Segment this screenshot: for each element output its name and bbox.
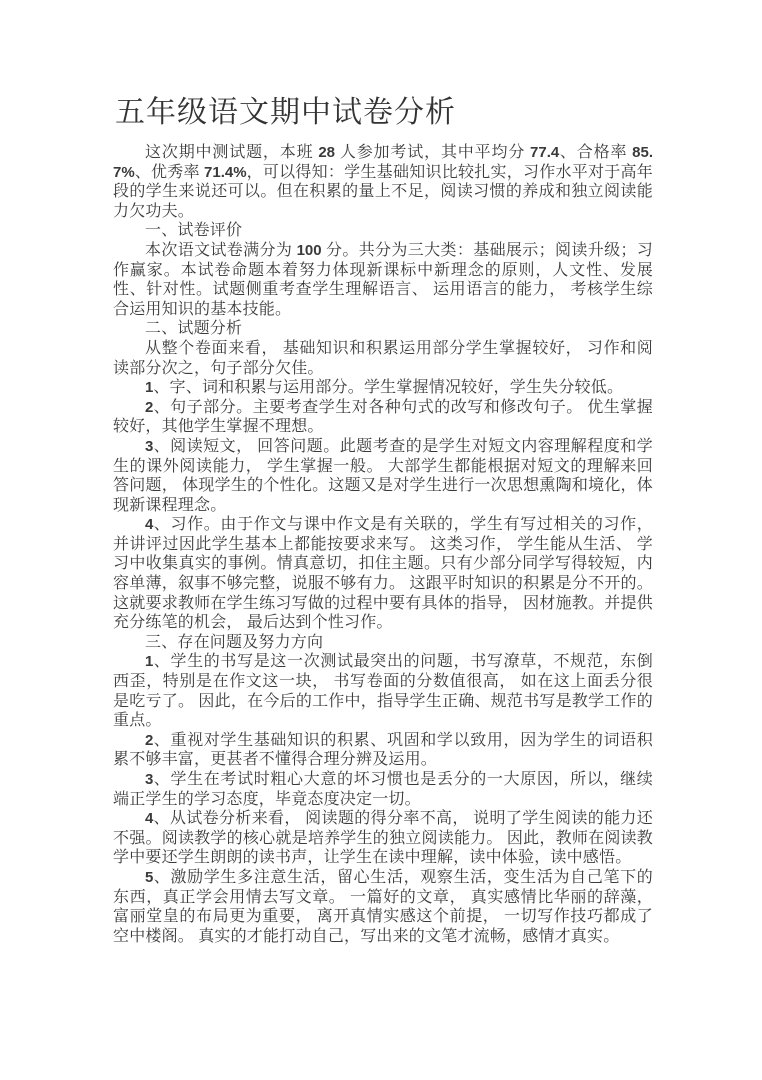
text-run: 本次语文试卷满分为	[145, 242, 297, 259]
paragraph: 一、试卷评价	[113, 221, 653, 241]
paragraph: 这次期中测试题，本班 28 人参加考试，其中平均分 77.4、合格率 85.7%…	[113, 143, 653, 221]
text-run: 、从试卷分析来看， 阅读题的得分率不高， 说明了学生阅读的能力还不强。阅读教学的…	[113, 810, 653, 866]
paragraph: 本次语文试卷满分为 100 分。共分为三大类：基础展示；阅读升级；习作赢家。本试…	[113, 241, 653, 319]
paragraph: 3、学生在考试时粗心大意的坏习惯也是丢分的一大原因，所以，继续端正学生的学习态度…	[113, 770, 653, 809]
paragraph: 1、学生的书写是这一次测试最突出的问题，书写潦草，不规范，东倒西歪，特别是在作文…	[113, 652, 653, 730]
numeric-run: 28	[318, 144, 335, 161]
text-run: 、句子部分。主要考查学生对各种句式的改写和修改句子。 优生掌握较好，其他学生掌握…	[113, 399, 653, 436]
text-run: 、重视对学生基础知识的积累、巩固和学以致用，因为学生的词语积累不够丰富，更甚者不…	[113, 732, 653, 769]
paragraph: 1、字、词和积累与运用部分。学生掌握情况较好，学生失分较低。	[113, 378, 653, 398]
text-run: 、学生在考试时粗心大意的坏习惯也是丢分的一大原因，所以，继续端正学生的学习态度，…	[113, 771, 653, 808]
paragraph: 二、试题分析	[113, 319, 653, 339]
paragraph: 2、句子部分。主要考查学生对各种句式的改写和修改句子。 优生掌握较好，其他学生掌…	[113, 398, 653, 437]
document-title: 五年级语文期中试卷分析	[115, 96, 653, 130]
text-run: 、学生的书写是这一次测试最突出的问题，书写潦草，不规范，东倒西歪，特别是在作文这…	[113, 653, 653, 729]
text-run: 三、存在问题及努力方向	[145, 634, 323, 651]
numeric-run: 71.4%	[204, 164, 247, 181]
document-page: 五年级语文期中试卷分析 这次期中测试题，本班 28 人参加考试，其中平均分 77…	[0, 0, 762, 1080]
paragraph: 从整个卷面来看， 基础知识和积累运用部分学生掌握较好， 习作和阅读部分次之，句子…	[113, 339, 653, 378]
text-run: 、字、词和积累与运用部分。学生掌握情况较好，学生失分较低。	[153, 379, 623, 396]
text-run: 、激励学生多注意生活，留心生活，观察生活，变生活为自己笔下的东西，真正学会用情去…	[113, 869, 653, 945]
numeric-run: 100	[297, 242, 322, 259]
text-run: 人参加考试，其中平均分	[335, 144, 530, 161]
paragraph: 4、从试卷分析来看， 阅读题的得分率不高， 说明了学生阅读的能力还不强。阅读教学…	[113, 809, 653, 868]
text-run: 、阅读短文， 回答问题。此题考查的是学生对短文内容理解程度和学生的课外阅读能力，…	[113, 438, 653, 514]
paragraph: 5、激励学生多注意生活，留心生活，观察生活，变生活为自己笔下的东西，真正学会用情…	[113, 868, 653, 946]
text-run: 这次期中测试题，本班	[145, 144, 318, 161]
text-run: 、合格率	[559, 144, 632, 161]
text-run: 从整个卷面来看， 基础知识和积累运用部分学生掌握较好， 习作和阅读部分次之，句子…	[113, 340, 653, 377]
text-run: 、习作。由于作文与课中作文是有关联的，学生有写过相关的习作，并讲评过因此学生基本…	[113, 516, 653, 631]
document-body: 这次期中测试题，本班 28 人参加考试，其中平均分 77.4、合格率 85.7%…	[113, 143, 653, 946]
paragraph: 2、重视对学生基础知识的积累、巩固和学以致用，因为学生的词语积累不够丰富，更甚者…	[113, 731, 653, 770]
numeric-run: 77.4	[530, 144, 559, 161]
text-run: 、优秀率	[135, 164, 204, 181]
paragraph: 3、阅读短文， 回答问题。此题考查的是学生对短文内容理解程度和学生的课外阅读能力…	[113, 437, 653, 515]
text-run: 一、试卷评价	[145, 222, 242, 239]
paragraph: 4、习作。由于作文与课中作文是有关联的，学生有写过相关的习作，并讲评过因此学生基…	[113, 515, 653, 633]
text-run: 二、试题分析	[145, 320, 242, 337]
paragraph: 三、存在问题及努力方向	[113, 633, 653, 653]
document-content: 五年级语文期中试卷分析 这次期中测试题，本班 28 人参加考试，其中平均分 77…	[113, 96, 653, 946]
